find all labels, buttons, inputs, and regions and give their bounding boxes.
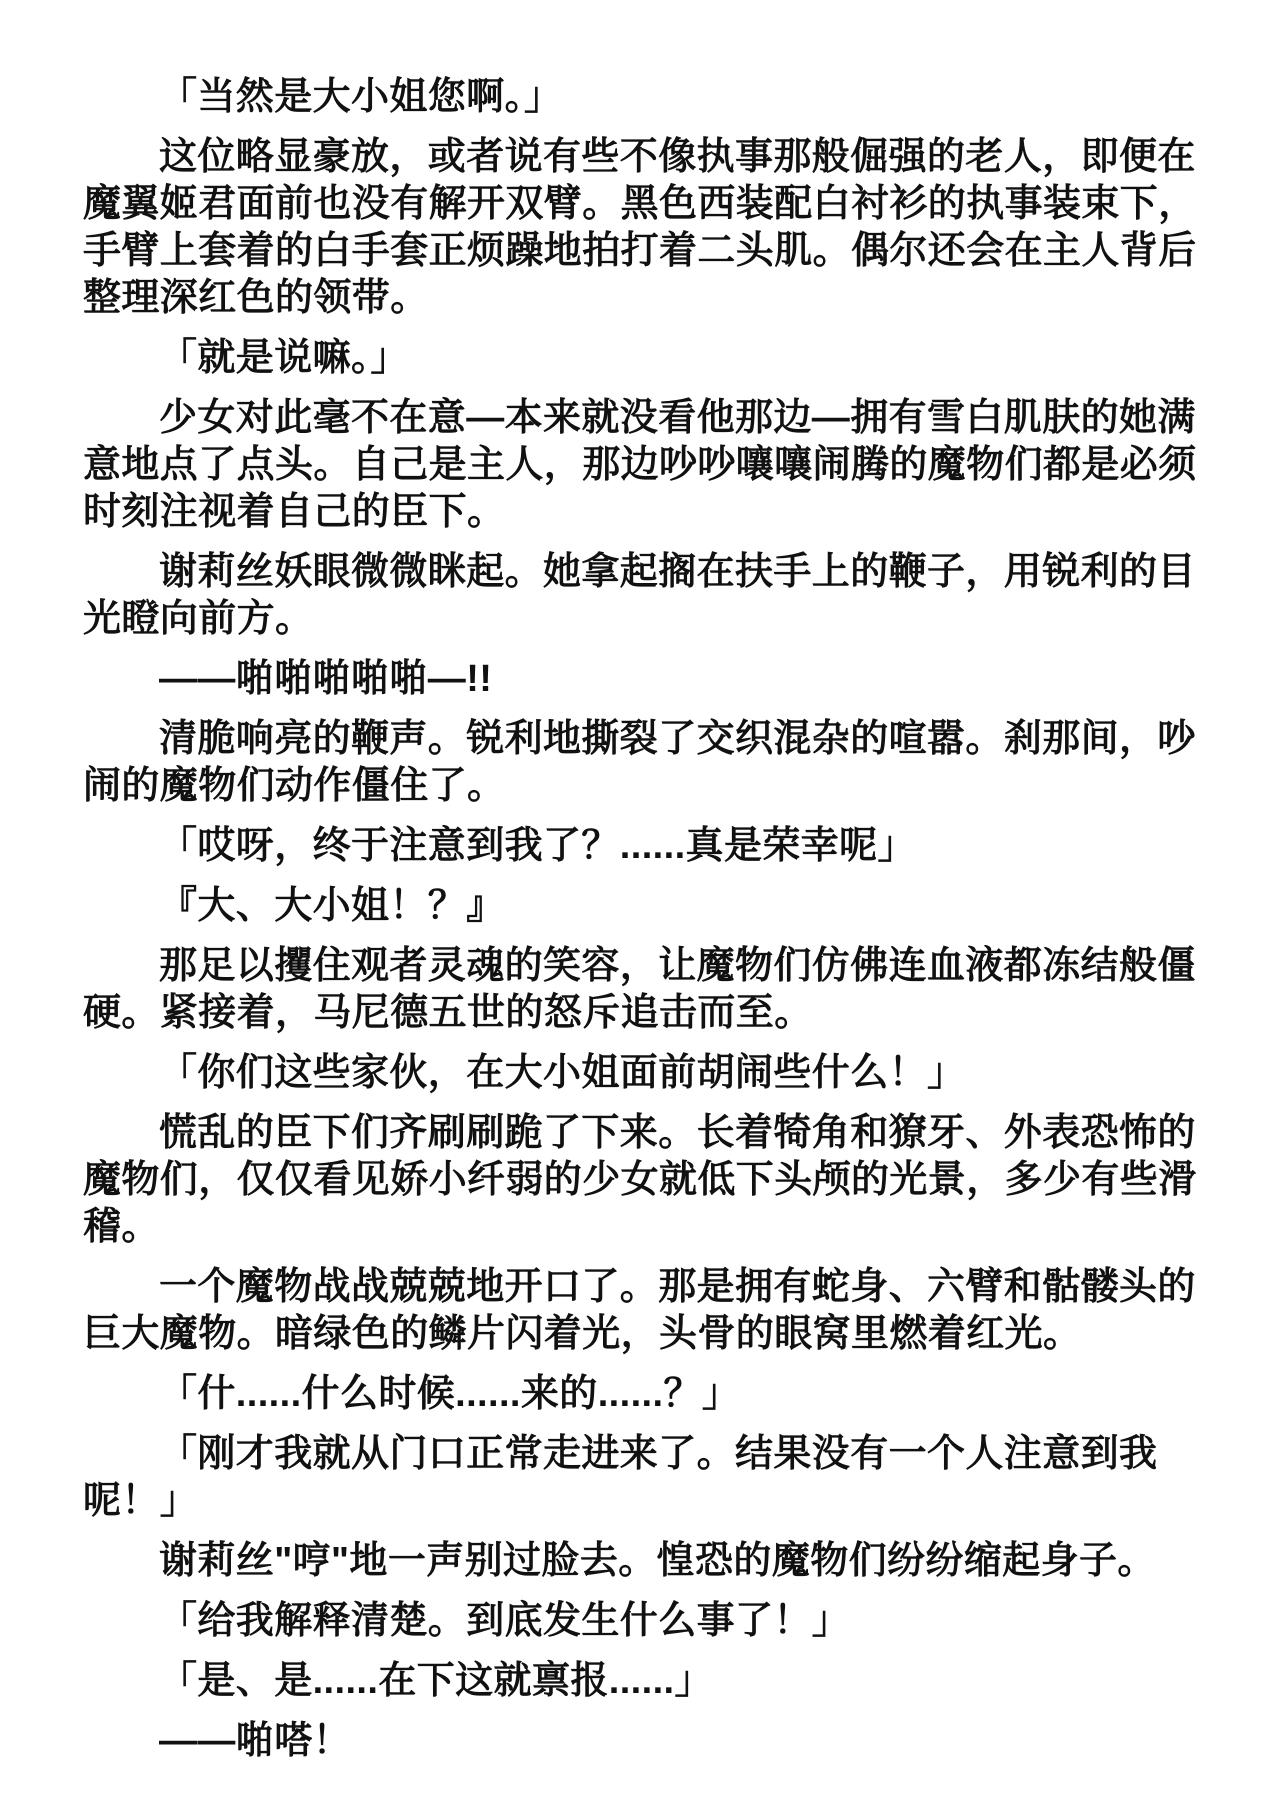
paragraph-sound-effect: ——啪啪啪啪啪—!! — [83, 656, 1197, 703]
paragraph-narration: 慌乱的臣下们齐刷刷跪了下来。长着犄角和獠牙、外表恐怖的魔物们，仅仅看见娇小纤弱的… — [83, 1110, 1197, 1251]
paragraph-dialogue: 「什......什么时候......来的......？」 — [83, 1371, 1197, 1418]
paragraph-dialogue: 「哎呀，终于注意到我了？......真是荣幸呢」 — [83, 823, 1197, 870]
paragraph-dialogue: 「你们这些家伙，在大小姐面前胡闹些什么！」 — [83, 1050, 1197, 1097]
paragraph-dialogue: 「当然是大小姐您啊。」 — [83, 74, 1197, 121]
paragraph-dialogue: 「给我解释清楚。到底发生什么事了！」 — [83, 1598, 1197, 1645]
paragraph-dialogue: 「就是说嘛。」 — [83, 335, 1197, 382]
paragraph-dialogue: 『大、大小姐！？』 — [83, 883, 1197, 930]
paragraph-narration: 清脆响亮的鞭声。锐利地撕裂了交织混杂的喧嚣。刹那间，吵闹的魔物们动作僵住了。 — [83, 716, 1197, 810]
paragraph-narration: 这位略显豪放，或者说有些不像执事那般倔强的老人，即便在魔翼姬君面前也没有解开双臂… — [83, 134, 1197, 322]
paragraph-narration: 谢莉丝妖眼微微眯起。她拿起搁在扶手上的鞭子，用锐利的目光瞪向前方。 — [83, 549, 1197, 643]
paragraph-narration: 少女对此毫不在意—本来就没看他那边—拥有雪白肌肤的她满意地点了点头。自己是主人，… — [83, 395, 1197, 536]
paragraph-dialogue: 「刚才我就从门口正常走进来了。结果没有一个人注意到我呢！」 — [83, 1431, 1197, 1525]
paragraph-sound-effect: ——啪嗒！ — [83, 1718, 1197, 1765]
paragraph-dialogue: 「是、是......在下这就禀报......」 — [83, 1658, 1197, 1705]
novel-page: 「当然是大小姐您啊。」 这位略显豪放，或者说有些不像执事那般倔强的老人，即便在魔… — [0, 0, 1280, 1818]
paragraph-narration: 那足以攫住观者灵魂的笑容，让魔物们仿佛连血液都冻结般僵硬。紧接着，马尼德五世的怒… — [83, 943, 1197, 1037]
paragraph-narration: 一个魔物战战兢兢地开口了。那是拥有蛇身、六臂和骷髅头的巨大魔物。暗绿色的鳞片闪着… — [83, 1264, 1197, 1358]
paragraph-narration: 谢莉丝"哼"地一声别过脸去。惶恐的魔物们纷纷缩起身子。 — [83, 1538, 1197, 1585]
